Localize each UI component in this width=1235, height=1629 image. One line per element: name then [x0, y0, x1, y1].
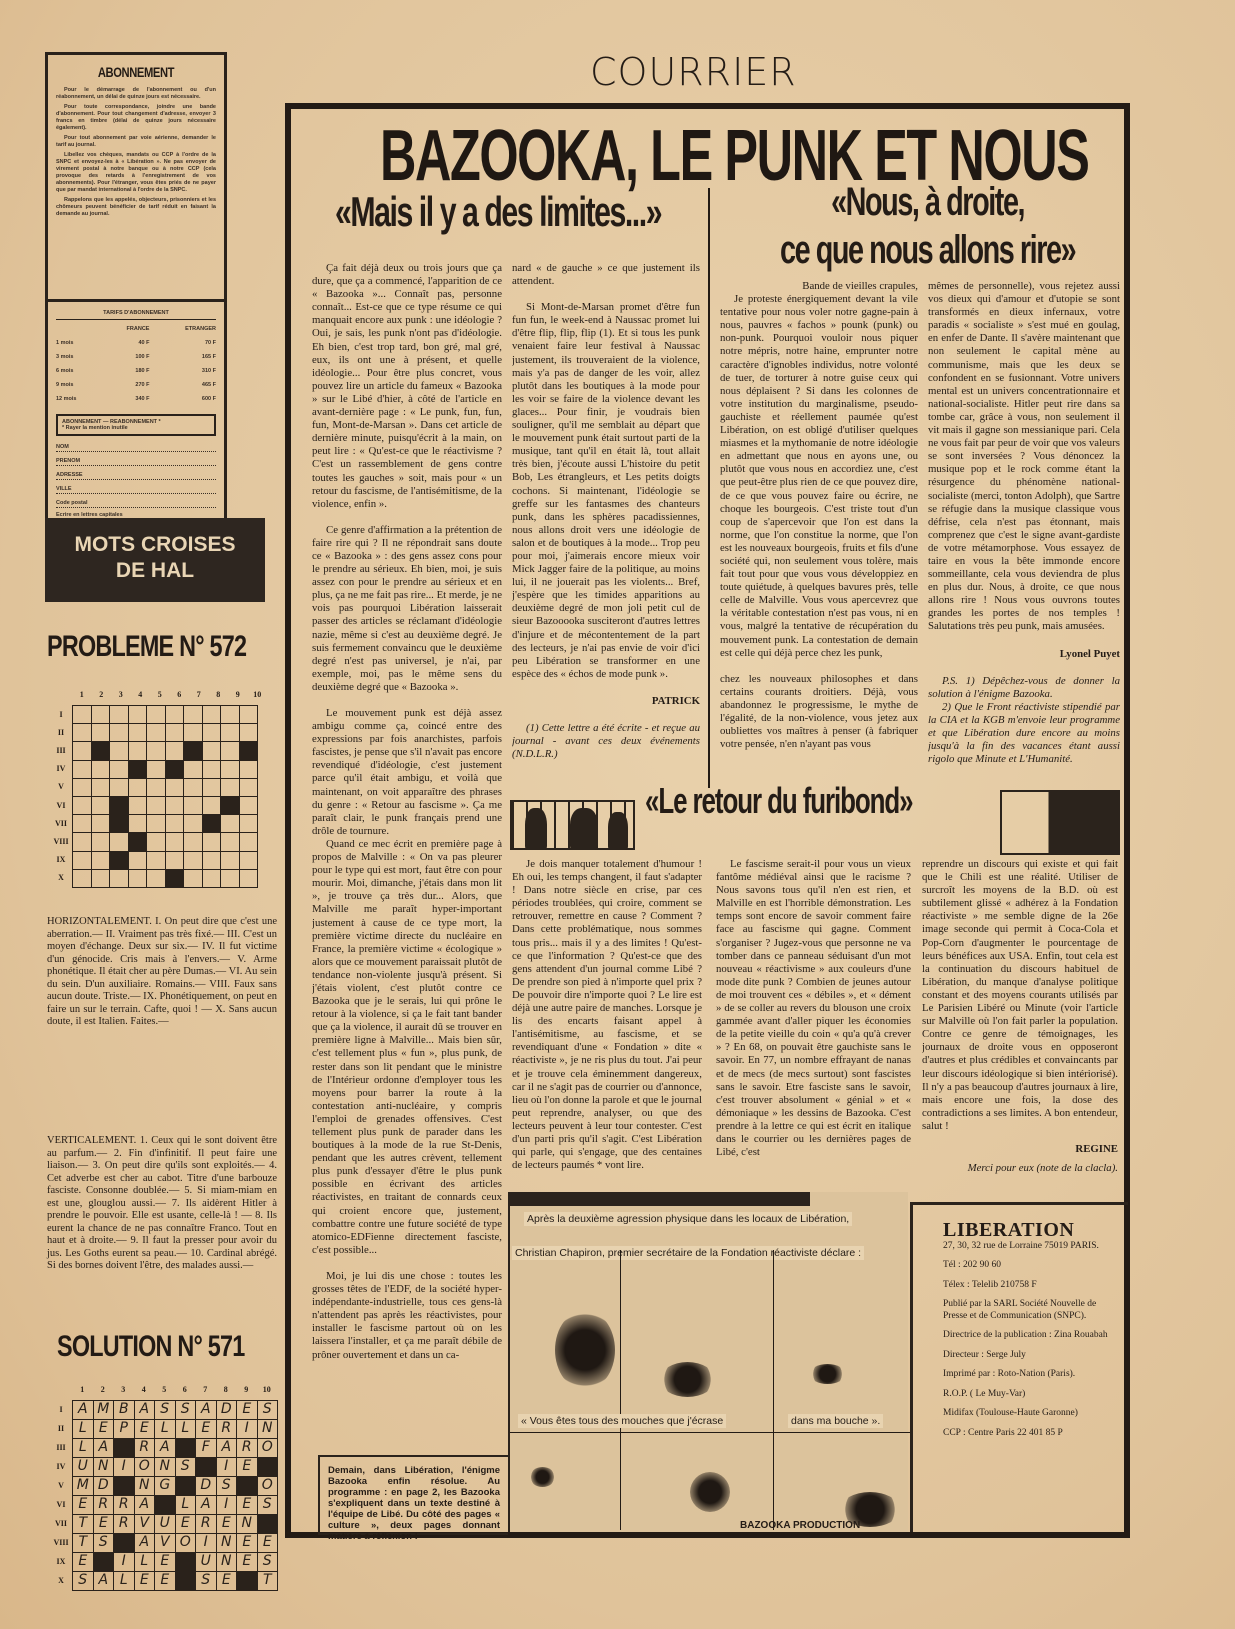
- column-numbers: 12345678910: [72, 1385, 277, 1394]
- grid-cell[interactable]: L: [72, 1438, 94, 1458]
- grid-cell[interactable]: E: [154, 1552, 176, 1572]
- grid-cell[interactable]: [183, 851, 203, 870]
- grid-cell[interactable]: [165, 796, 185, 815]
- grid-cell[interactable]: [220, 869, 240, 888]
- grid-cell[interactable]: S: [175, 1457, 197, 1477]
- grid-cell[interactable]: [183, 723, 203, 742]
- grid-cell[interactable]: [91, 832, 111, 851]
- postscript: 2) Que le Front réactiviste stipendié pa…: [928, 701, 1120, 766]
- tarif-etranger: 600 F: [149, 392, 216, 406]
- grid-cell[interactable]: [128, 705, 148, 724]
- grid-cell[interactable]: E: [236, 1457, 258, 1477]
- name-field[interactable]: NOM: [56, 440, 216, 452]
- grid-cell[interactable]: [183, 760, 203, 779]
- grid-cell[interactable]: E: [236, 1400, 258, 1420]
- tarif-header-france: FRANCE: [100, 322, 149, 336]
- grid-cell[interactable]: [72, 869, 92, 888]
- grid-cell[interactable]: [220, 741, 240, 760]
- grid-cell[interactable]: [220, 814, 240, 833]
- grid-cell[interactable]: A: [134, 1495, 156, 1515]
- black-cell: [165, 760, 185, 779]
- grid-cell[interactable]: S: [72, 1571, 94, 1591]
- grid-cell[interactable]: E: [93, 1514, 115, 1534]
- grid-cell[interactable]: L: [113, 1571, 135, 1591]
- grid-row: IV: [50, 760, 267, 778]
- grid-cell[interactable]: L: [175, 1495, 197, 1515]
- grid-cell[interactable]: S: [93, 1533, 115, 1553]
- grid-cell[interactable]: [239, 705, 259, 724]
- black-cell: [220, 796, 240, 815]
- grid-cell[interactable]: I: [216, 1495, 238, 1515]
- comic-divider: [510, 1432, 910, 1433]
- black-cell: [113, 1533, 135, 1553]
- subscription-paragraph: Rappelons que les appelés, objecteurs, p…: [56, 197, 216, 218]
- grid-cell[interactable]: N: [257, 1419, 279, 1439]
- grid-cell[interactable]: V: [154, 1533, 176, 1553]
- grid-cell[interactable]: [220, 723, 240, 742]
- grid-cell[interactable]: E: [216, 1514, 238, 1534]
- crossword-banner-line2: DE HAL: [45, 558, 265, 584]
- grid-cell[interactable]: [72, 778, 92, 797]
- grid-cell[interactable]: A: [154, 1438, 176, 1458]
- grid-row: VMDNGDSO: [50, 1476, 277, 1495]
- comic-caption: Après la deuxième agression physique dan…: [524, 1212, 852, 1226]
- grid-cell[interactable]: I: [236, 1419, 258, 1439]
- masthead-box: LIBERATION 27, 30, 32 rue de Lorraine 75…: [910, 1202, 1128, 1532]
- letter2-title-line2: ce que nous allons rire»: [780, 226, 1075, 274]
- grid-cell[interactable]: [109, 705, 129, 724]
- grid-cell[interactable]: E: [72, 1495, 94, 1515]
- grid-cell[interactable]: [239, 778, 259, 797]
- grid-cell[interactable]: [128, 814, 148, 833]
- grid-cell[interactable]: [72, 796, 92, 815]
- grid-cell[interactable]: S: [257, 1495, 279, 1515]
- paragraph: chez les nouveaux philosophes et dans ce…: [720, 673, 918, 752]
- grid-cell[interactable]: [183, 869, 203, 888]
- grid-cell[interactable]: [220, 778, 240, 797]
- grid-cell[interactable]: L: [154, 1419, 176, 1439]
- black-cell: [109, 851, 129, 870]
- tarif-france: 180 F: [100, 364, 149, 378]
- grid-cell[interactable]: [183, 832, 203, 851]
- grid-cell[interactable]: A: [216, 1438, 238, 1458]
- tarif-duration: 6 mois: [56, 364, 100, 378]
- tarif-row: 1 mois40 F70 F: [56, 336, 216, 350]
- paragraph: Si Mont-de-Marsan promet d'être fun fun …: [512, 301, 700, 681]
- grid-cell[interactable]: D: [93, 1476, 115, 1496]
- row-number: V: [50, 1481, 72, 1490]
- grid-cell[interactable]: [146, 832, 166, 851]
- fly-image: [810, 1364, 845, 1384]
- grid-row: IAMBASSADES: [50, 1400, 277, 1419]
- grid-cell[interactable]: [109, 778, 129, 797]
- grid-cell[interactable]: M: [93, 1400, 115, 1420]
- black-cell: [195, 1457, 217, 1477]
- grid-row: VIERRALAIES: [50, 1495, 277, 1514]
- grid-cell[interactable]: O: [257, 1438, 279, 1458]
- editor-note: Merci pour eux (note de la clacla).: [922, 1162, 1118, 1175]
- grid-cell[interactable]: [220, 760, 240, 779]
- grid-cell[interactable]: D: [195, 1476, 217, 1496]
- postscript: P.S. 1) Dépêchez-vous de donner la solut…: [928, 675, 1120, 701]
- grid-cell[interactable]: R: [93, 1495, 115, 1515]
- grid-cell[interactable]: [128, 796, 148, 815]
- column-number: 1: [72, 690, 92, 699]
- grid-cell[interactable]: [220, 851, 240, 870]
- black-cell: [236, 1476, 258, 1496]
- grid-cell[interactable]: A: [93, 1571, 115, 1591]
- grid-cell[interactable]: [72, 832, 92, 851]
- grid-cell[interactable]: [239, 832, 259, 851]
- black-cell: [257, 1457, 279, 1477]
- grid-cell[interactable]: [72, 760, 92, 779]
- grid-row: XSALEESET: [50, 1571, 277, 1590]
- grid-cell[interactable]: [239, 723, 259, 742]
- grid-row: II: [50, 723, 267, 741]
- grid-cell[interactable]: [128, 851, 148, 870]
- grid-cell[interactable]: S: [175, 1400, 197, 1420]
- grid-cell[interactable]: O: [257, 1476, 279, 1496]
- grid-cell[interactable]: U: [72, 1457, 94, 1477]
- grid-cell[interactable]: E: [134, 1571, 156, 1591]
- grid-cell[interactable]: E: [236, 1533, 258, 1553]
- crossword-banner-line1: MOTS CROISES: [45, 532, 265, 558]
- row-number: II: [50, 728, 72, 737]
- letter1-column2: nard « de gauche » ce que justement ils …: [512, 262, 700, 782]
- comic-caption: « Vous êtes tous des mouches que j'écras…: [518, 1414, 726, 1428]
- column-number: 5: [154, 1385, 175, 1394]
- grid-cell[interactable]: E: [257, 1533, 279, 1553]
- tarif-etranger: 165 F: [149, 350, 216, 364]
- subscription-title: ABONNEMENT: [72, 63, 200, 81]
- grid-cell[interactable]: [109, 741, 129, 760]
- grid-cell[interactable]: I: [113, 1552, 135, 1572]
- comic-divider: [773, 1250, 774, 1530]
- grid-cell[interactable]: A: [93, 1438, 115, 1458]
- grid-cell[interactable]: [146, 705, 166, 724]
- grid-cell[interactable]: [220, 705, 240, 724]
- black-cell: [202, 814, 222, 833]
- subscription-paragraph: Pour le démarrage de l'abonnement ou d'u…: [56, 87, 216, 101]
- grid-cell[interactable]: [183, 778, 203, 797]
- grid-cell[interactable]: S: [216, 1476, 238, 1496]
- cartoon-illustration-right: [1000, 790, 1120, 855]
- cartoon-figure: [525, 808, 547, 850]
- grid-cell[interactable]: R: [216, 1419, 238, 1439]
- row-number: VII: [50, 1519, 72, 1528]
- grid-cell[interactable]: [91, 760, 111, 779]
- grid-cell[interactable]: [239, 851, 259, 870]
- row-number: VIII: [50, 1538, 72, 1547]
- grid-cell[interactable]: [220, 832, 240, 851]
- letter3-title: «Le retour du furibond»: [645, 780, 912, 822]
- grid-cell[interactable]: R: [134, 1438, 156, 1458]
- grid-cell[interactable]: A: [195, 1495, 217, 1515]
- grid-cell[interactable]: D: [216, 1400, 238, 1420]
- column-number: 7: [189, 690, 209, 699]
- grid-cell[interactable]: E: [175, 1514, 197, 1534]
- grid-row: VIIITSAVOINEE: [50, 1533, 277, 1552]
- postal-code-field[interactable]: Code postal: [56, 496, 216, 508]
- grid-cell[interactable]: E: [93, 1419, 115, 1439]
- column-number: 8: [209, 690, 229, 699]
- grid-cell[interactable]: [239, 796, 259, 815]
- grid-cell[interactable]: [165, 778, 185, 797]
- column-number: 2: [93, 1385, 114, 1394]
- grid-cell[interactable]: [72, 741, 92, 760]
- address-field[interactable]: ADRESSE: [56, 468, 216, 480]
- paragraph: Je proteste énergiquement devant la vile…: [720, 293, 918, 660]
- grid-cell[interactable]: R: [236, 1438, 258, 1458]
- grid-cell[interactable]: [146, 851, 166, 870]
- tarif-france: 270 F: [100, 378, 149, 392]
- grid-cell[interactable]: [202, 796, 222, 815]
- tarif-row: 3 mois100 F165 F: [56, 350, 216, 364]
- grid-cell[interactable]: S: [257, 1552, 279, 1572]
- grid-cell[interactable]: [202, 832, 222, 851]
- tarif-header: [56, 322, 100, 336]
- grid-row: IVUNIONSIE: [50, 1457, 277, 1476]
- grid-row: IIILARAFARO: [50, 1438, 277, 1457]
- grid-cell[interactable]: [91, 778, 111, 797]
- letter3-column2: Le fascisme serait-il pour vous un vieux…: [716, 858, 911, 1190]
- grid-cell[interactable]: F: [195, 1438, 217, 1458]
- column-number: 4: [131, 690, 151, 699]
- subscription-info: ABONNEMENT Pour le démarrage de l'abonne…: [45, 52, 227, 302]
- grid-cell[interactable]: E: [236, 1552, 258, 1572]
- grid-cell[interactable]: S: [195, 1571, 217, 1591]
- grid-cell[interactable]: [128, 723, 148, 742]
- grid-cell[interactable]: [91, 723, 111, 742]
- letter2-title: «Nous, à droite, ce que nous allons rire…: [780, 178, 1075, 274]
- comic-header-bar: [510, 1192, 810, 1206]
- firstname-field[interactable]: PRENOM: [56, 454, 216, 466]
- grid-cell[interactable]: A: [134, 1400, 156, 1420]
- column-number: 4: [134, 1385, 155, 1394]
- editor-note: (1) Cette lettre a été écrite - et reçue…: [512, 722, 700, 761]
- grid-cell[interactable]: R: [113, 1514, 135, 1534]
- tarif-row: 12 mois340 F600 F: [56, 392, 216, 406]
- grid-cell[interactable]: M: [72, 1476, 94, 1496]
- grid-cell[interactable]: [165, 705, 185, 724]
- grid-cell[interactable]: B: [113, 1400, 135, 1420]
- black-cell: [113, 1438, 135, 1458]
- grid-cell[interactable]: [146, 741, 166, 760]
- grid-cell[interactable]: [146, 723, 166, 742]
- grid-cell[interactable]: N: [93, 1457, 115, 1477]
- grid-cell[interactable]: [128, 778, 148, 797]
- column-number: 2: [92, 690, 112, 699]
- grid-row: VII: [50, 814, 267, 832]
- masthead-midifax: Midifax (Toulouse-Haute Garonne): [943, 1408, 1118, 1420]
- grid-cell[interactable]: [183, 705, 203, 724]
- grid-cell[interactable]: [91, 851, 111, 870]
- row-number: X: [50, 873, 72, 882]
- grid-cell[interactable]: I: [113, 1457, 135, 1477]
- tarifs-table: FRANCE ETRANGER 1 mois40 F70 F 3 mois100…: [56, 322, 216, 406]
- grid-cell[interactable]: [202, 851, 222, 870]
- grid-cell[interactable]: A: [134, 1533, 156, 1553]
- grid-cell[interactable]: [91, 869, 111, 888]
- tarif-row: 9 mois270 F465 F: [56, 378, 216, 392]
- grid-cell[interactable]: [72, 814, 92, 833]
- grid-cell[interactable]: U: [154, 1514, 176, 1534]
- grid-cell[interactable]: [146, 869, 166, 888]
- grid-cell[interactable]: [202, 705, 222, 724]
- masthead-tel: Tél : 202 90 60: [943, 1260, 1118, 1272]
- column-number: 9: [228, 690, 248, 699]
- tarif-duration: 1 mois: [56, 336, 100, 350]
- subscription-form: TARIFS D'ABONNEMENT FRANCE ETRANGER 1 mo…: [45, 302, 227, 529]
- tarif-etranger: 465 F: [149, 378, 216, 392]
- grid-cell[interactable]: [202, 760, 222, 779]
- comic-divider: [620, 1250, 621, 1530]
- grid-cell[interactable]: N: [154, 1457, 176, 1477]
- column-number: 7: [195, 1385, 216, 1394]
- row-number: II: [50, 1424, 72, 1433]
- grid-row: I: [50, 705, 267, 723]
- grid-cell[interactable]: T: [72, 1514, 94, 1534]
- grid-cell[interactable]: [146, 814, 166, 833]
- grid-cell[interactable]: N: [216, 1552, 238, 1572]
- grid-cell[interactable]: [109, 832, 129, 851]
- grid-cell[interactable]: S: [257, 1400, 279, 1420]
- salutation: Bande de vieilles crapules,: [720, 280, 918, 293]
- grid-cell[interactable]: [239, 869, 259, 888]
- black-cell: [175, 1438, 197, 1458]
- grid-cell[interactable]: O: [175, 1533, 197, 1553]
- grid-cell[interactable]: [165, 741, 185, 760]
- grid-row: IX: [50, 851, 267, 869]
- grid-row: VIITERVUEREN: [50, 1514, 277, 1533]
- paragraph: Le fascisme serait-il pour vous un vieux…: [716, 858, 911, 1159]
- column-number: 8: [216, 1385, 237, 1394]
- grid-cell[interactable]: [109, 760, 129, 779]
- comic-caption: dans ma bouche ».: [788, 1414, 883, 1428]
- grid-cell[interactable]: L: [134, 1552, 156, 1572]
- masthead-printer: Imprimé par : Roto-Nation (Paris).: [943, 1369, 1118, 1381]
- grid-cell[interactable]: [72, 851, 92, 870]
- subscription-choice[interactable]: ABONNEMENT — REABONNEMENT * * Rayer la m…: [56, 414, 216, 436]
- city-field[interactable]: VILLE: [56, 482, 216, 494]
- grid-cell[interactable]: [183, 814, 203, 833]
- fly-image: [690, 1472, 730, 1512]
- letter1-title: «Mais il y a des limites...»: [335, 188, 661, 236]
- grid-cell[interactable]: [165, 832, 185, 851]
- grid-cell[interactable]: R: [113, 1495, 135, 1515]
- letter3-column1: Je dois manquer totalement d'humour ! Eh…: [512, 858, 702, 1190]
- subscription-panel: ABONNEMENT Pour le démarrage de l'abonne…: [45, 52, 275, 529]
- tarif-france: 100 F: [100, 350, 149, 364]
- row-number: IX: [50, 855, 72, 864]
- letter3-column3: reprendre un discours qui existe et qui …: [922, 858, 1118, 1178]
- grid-cell[interactable]: [202, 778, 222, 797]
- row-number: V: [50, 782, 72, 791]
- grid-cell[interactable]: T: [72, 1533, 94, 1553]
- grid-cell[interactable]: [146, 760, 166, 779]
- grid-cell[interactable]: [239, 760, 259, 779]
- black-cell: [183, 741, 203, 760]
- grid-cell[interactable]: [239, 814, 259, 833]
- grid-cell[interactable]: N: [236, 1514, 258, 1534]
- paragraph: nard « de gauche » ce que justement ils …: [512, 262, 700, 288]
- grid-cell[interactable]: L: [72, 1419, 94, 1439]
- grid-cell[interactable]: U: [195, 1552, 217, 1572]
- grid-cell[interactable]: [146, 778, 166, 797]
- grid-cell[interactable]: [91, 814, 111, 833]
- grid-cell[interactable]: [183, 796, 203, 815]
- grid-cell[interactable]: [128, 869, 148, 888]
- black-cell: [128, 760, 148, 779]
- row-number: III: [50, 746, 72, 755]
- black-cell: [175, 1552, 197, 1572]
- grid-cell[interactable]: [165, 723, 185, 742]
- grid-cell[interactable]: E: [236, 1495, 258, 1515]
- grid-cell[interactable]: E: [195, 1419, 217, 1439]
- grid-cell[interactable]: [202, 869, 222, 888]
- grid-cell[interactable]: E: [134, 1419, 156, 1439]
- grid-cell[interactable]: [165, 814, 185, 833]
- row-number: IX: [50, 1557, 72, 1566]
- grid-row: V: [50, 778, 267, 796]
- grid-cell[interactable]: P: [113, 1419, 135, 1439]
- grid-cell[interactable]: T: [257, 1571, 279, 1591]
- grid-cell[interactable]: A: [195, 1400, 217, 1420]
- grid-cell[interactable]: [109, 723, 129, 742]
- black-cell: [91, 741, 111, 760]
- grid-cell[interactable]: [202, 723, 222, 742]
- newspaper-page: ABONNEMENT Pour le démarrage de l'abonne…: [0, 0, 1235, 1629]
- grid-cell[interactable]: S: [154, 1400, 176, 1420]
- signature-lyonel: Lyonel Puyet: [928, 648, 1120, 661]
- grid-cell[interactable]: N: [134, 1476, 156, 1496]
- grid-cell[interactable]: L: [175, 1419, 197, 1439]
- grid-row: IXEILEUNES: [50, 1552, 277, 1571]
- grid-cell[interactable]: [91, 796, 111, 815]
- grid-cell[interactable]: N: [216, 1533, 238, 1553]
- grid-cell[interactable]: R: [195, 1514, 217, 1534]
- grid-cell[interactable]: [91, 705, 111, 724]
- grid-cell[interactable]: [72, 705, 92, 724]
- column-number: 6: [170, 690, 190, 699]
- row-number: VII: [50, 819, 72, 828]
- grid-cell[interactable]: E: [154, 1571, 176, 1591]
- grid-cell[interactable]: [202, 741, 222, 760]
- grid-cell[interactable]: [146, 796, 166, 815]
- solution-grid: 12345678910IAMBASSADESIILEPELLERINIIILAR…: [50, 1385, 277, 1590]
- black-cell: [109, 796, 129, 815]
- grid-cell[interactable]: [128, 741, 148, 760]
- column-number: 1: [72, 1385, 93, 1394]
- grid-cell[interactable]: I: [216, 1457, 238, 1477]
- grid-cell[interactable]: E: [216, 1571, 238, 1591]
- grid-cell[interactable]: E: [72, 1552, 94, 1572]
- grid-cell[interactable]: V: [134, 1514, 156, 1534]
- horizontal-clues: HORIZONTALEMENT. I. On peut dire que c'e…: [47, 916, 277, 1029]
- grid-cell[interactable]: I: [195, 1533, 217, 1553]
- signature-patrick: PATRICK: [512, 695, 700, 708]
- grid-cell[interactable]: [165, 851, 185, 870]
- grid-cell[interactable]: [109, 869, 129, 888]
- grid-cell[interactable]: O: [134, 1457, 156, 1477]
- column-number: 3: [113, 1385, 134, 1394]
- column-number: 9: [236, 1385, 257, 1394]
- grid-cell[interactable]: [72, 723, 92, 742]
- grid-cell[interactable]: G: [154, 1476, 176, 1496]
- grid-cell[interactable]: A: [72, 1400, 94, 1420]
- black-cell: [239, 741, 259, 760]
- paragraph: Quand ce mec écrit en première page à pr…: [312, 838, 502, 1257]
